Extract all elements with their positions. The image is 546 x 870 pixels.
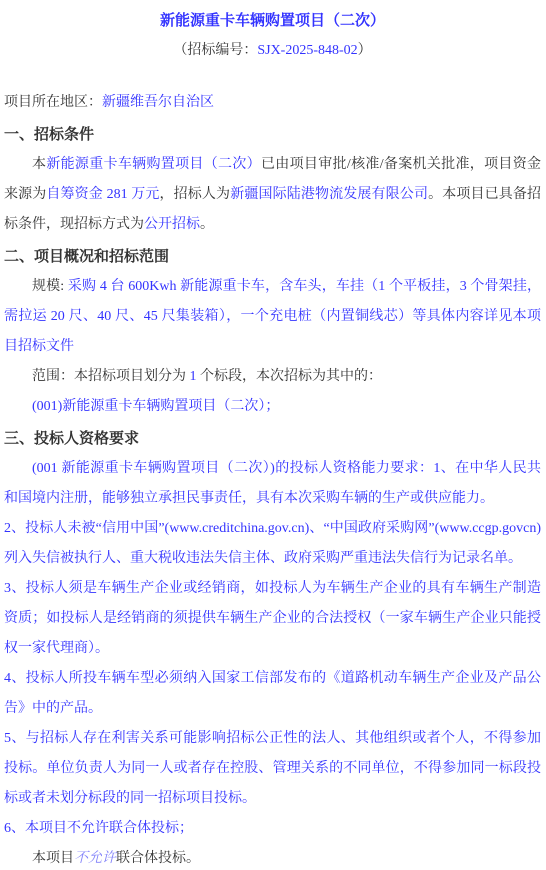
text-run: 本 [32, 157, 46, 172]
text-run: 公开招标 [144, 217, 200, 232]
paragraph: 本项目不允许联合体投标。 [4, 844, 541, 870]
paragraph: 规模: 采购 4 台 600Kwh 新能源重卡车，含车头，车挂（1 个平板挂，3… [4, 272, 541, 362]
text-run: 本项目 [32, 851, 74, 866]
page-title: 新能源重卡车辆购置项目（二次） [4, 6, 541, 36]
tender-number-prefix: （招标编号： [173, 43, 257, 58]
project-location-value: 新疆维吾尔自治区 [102, 95, 214, 110]
text-run: 新能源重卡车辆购置项目（二次） [46, 157, 261, 172]
text-run: 联合体投标。 [116, 851, 200, 866]
paragraph: (001)新能源重卡车辆购置项目（二次）； [4, 392, 541, 422]
tender-number: SJX-2025-848-02 [257, 43, 357, 58]
text-run: 2、投标人未被“信用中国”(www.creditchina.gov.cn)、“中… [4, 521, 541, 566]
text-run: 1 [190, 369, 197, 384]
text-run: 不允许 [74, 851, 116, 866]
section-heading: 三、投标人资格要求 [4, 424, 541, 454]
text-run: (001 新能源重卡车辆购置项目（二次）)的投标人资格能力要求：1、在中华人民共… [4, 461, 541, 506]
text-run: 个标段，本次招标为其中的： [197, 369, 383, 384]
text-run: 自筹资金 281 万元 [46, 187, 159, 202]
paragraph: 4、投标人所投车辆车型必须纳入国家工信部发布的《道路机动车辆生产企业及产品公告》… [4, 664, 541, 724]
text-run: 。 [200, 217, 214, 232]
text-run: 6、本项目不允许联合体投标； [4, 821, 193, 836]
text-run: ，招标人为 [160, 187, 231, 202]
tender-number-line: （招标编号：SJX-2025-848-02） [4, 36, 541, 66]
project-location-line: 项目所在地区：新疆维吾尔自治区 [4, 88, 541, 118]
tender-number-suffix: ） [358, 43, 372, 58]
sections-container: 一、招标条件本新能源重卡车辆购置项目（二次）已由项目审批/核准/备案机关批准，项… [4, 120, 541, 870]
section-heading: 二、项目概况和招标范围 [4, 242, 541, 272]
text-run: 新疆国际陆港物流发展有限公司 [230, 187, 428, 202]
paragraph: 2、投标人未被“信用中国”(www.creditchina.gov.cn)、“中… [4, 514, 541, 574]
text-run: 规模: [32, 279, 68, 294]
paragraph: 范围：本招标项目划分为 1 个标段，本次招标为其中的： [4, 362, 541, 392]
project-location-label: 项目所在地区： [4, 95, 102, 110]
text-run: 范围：本招标项目划分为 [32, 369, 190, 384]
text-run: 5、与招标人存在利害关系可能影响招标公正性的法人、其他组织或者个人，不得参加投标… [4, 731, 541, 806]
text-run: 4、投标人所投车辆车型必须纳入国家工信部发布的《道路机动车辆生产企业及产品公告》… [4, 671, 541, 716]
paragraph: 6、本项目不允许联合体投标； [4, 814, 541, 844]
section-heading: 一、招标条件 [4, 120, 541, 150]
paragraph: 5、与招标人存在利害关系可能影响招标公正性的法人、其他组织或者个人，不得参加投标… [4, 724, 541, 814]
paragraph: 3、投标人须是车辆生产企业或经销商，如投标人为车辆生产企业的具有车辆生产制造资质… [4, 574, 541, 664]
text-run: 3、投标人须是车辆生产企业或经销商，如投标人为车辆生产企业的具有车辆生产制造资质… [4, 581, 541, 656]
paragraph: (001 新能源重卡车辆购置项目（二次）)的投标人资格能力要求：1、在中华人民共… [4, 454, 541, 514]
text-run: 采购 4 台 600Kwh 新能源重卡车，含车头，车挂（1 个平板挂，3 个骨架… [4, 279, 541, 354]
tender-notice-page: 新能源重卡车辆购置项目（二次） （招标编号：SJX-2025-848-02） 项… [0, 0, 546, 870]
text-run: (001)新能源重卡车辆购置项目（二次）； [32, 399, 279, 414]
paragraph: 本新能源重卡车辆购置项目（二次）已由项目审批/核准/备案机关批准，项目资金来源为… [4, 150, 541, 240]
